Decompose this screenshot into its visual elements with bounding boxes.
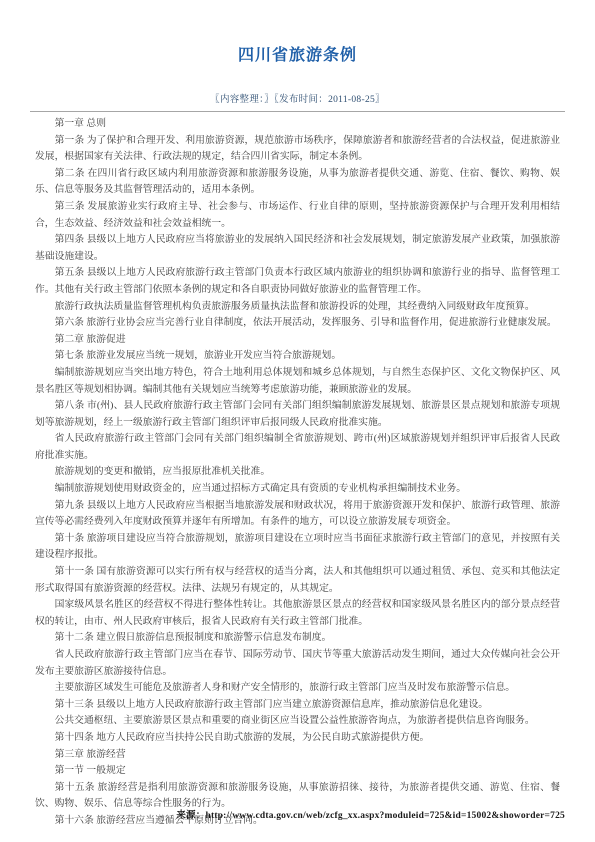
meta-content-editor: 〖内容整理：〗 <box>210 95 274 105</box>
paragraph: 旅游行政执法质量监督管理机构负责旅游服务质量执法监督和旅游投诉的处理，其经费纳入… <box>35 299 560 316</box>
source-url: http://www.cdta.gov.cn/web/zcfg_xx.aspx?… <box>205 811 565 821</box>
paragraph: 第四条 县级以上地方人民政府应当将旅游业的发展纳入国民经济和社会发展规划，制定旅… <box>35 232 560 265</box>
paragraph: 第三章 旅游经营 <box>35 747 560 764</box>
meta-line: 〖内容整理：〗〖发布时间：2011-08-25〗 <box>0 91 595 105</box>
paragraph: 第二章 旅游促进 <box>35 332 560 349</box>
paragraph: 公共交通枢纽、主要旅游景区景点和重要的商业街区应当设置公益性旅游咨询点，为旅游者… <box>35 713 560 730</box>
source-line: 来源：http://www.cdta.gov.cn/web/zcfg_xx.as… <box>176 807 565 821</box>
meta-publish-date: 〖发布时间：2011-08-25〗 <box>274 95 385 105</box>
paragraph: 国家级风景名胜区的经营权不得进行整体性转让。其他旅游景区景点的经营权和国家级风景… <box>35 597 560 630</box>
paragraph: 编制旅游规划使用财政资金的，应当通过招标方式确定具有资质的专业机构承担编制技术业… <box>35 481 560 498</box>
paragraph: 主要旅游区域发生可能危及旅游者人身和财产安全情形的，旅游行政主管部门应当及时发布… <box>35 680 560 697</box>
paragraph: 编制旅游规划应当突出地方特色，符合土地利用总体规划和城乡总体规划，与自然生态保护… <box>35 365 560 398</box>
paragraph: 第一条 为了保护和合理开发、利用旅游资源，规范旅游市场秩序，保障旅游者和旅游经营… <box>35 133 560 166</box>
paragraph: 省人民政府旅游行政主管部门会同有关部门组织编制全省旅游规划、跨市(州)区域旅游规… <box>35 431 560 464</box>
paragraph: 第十三条 县级以上地方人民政府旅游行政主管部门应当建立旅游资源信息库，推动旅游信… <box>35 697 560 714</box>
paragraph: 第一节 一般规定 <box>35 763 560 780</box>
paragraph: 第七条 旅游业发展应当统一规划，旅游业开发应当符合旅游规划。 <box>35 348 560 365</box>
paragraph: 第十四条 地方人民政府应当扶持公民自助式旅游的发展，为公民自助式旅游提供方便。 <box>35 730 560 747</box>
paragraph: 第十二条 建立假日旅游信息预报制度和旅游警示信息发布制度。 <box>35 630 560 647</box>
paragraph: 省人民政府旅游行政主管部门应当在春节、国际劳动节、国庆节等重大旅游活动发生期间，… <box>35 647 560 680</box>
paragraph: 第八条 市(州)、县人民政府旅游行政主管部门会同有关部门组织编制旅游发展规划、旅… <box>35 398 560 431</box>
paragraph: 第五条 县级以上地方人民政府旅游行政主管部门负责本行政区域内旅游业的组织协调和旅… <box>35 265 560 298</box>
paragraph: 第十条 旅游项目建设应当符合旅游规划，旅游项目建设在立项时应当书面征求旅游行政主… <box>35 531 560 564</box>
document-page: 四川省旅游条例 〖内容整理：〗〖发布时间：2011-08-25〗 第一章 总则 … <box>0 0 595 842</box>
paragraph: 第一章 总则 <box>35 116 560 133</box>
paragraph: 第九条 县级以上地方人民政府应当根据当地旅游发展和财政状况，将用于旅游资源开发和… <box>35 498 560 531</box>
document-title: 四川省旅游条例 <box>0 0 595 65</box>
paragraph: 第六条 旅游行业协会应当完善行业自律制度，依法开展活动，发挥服务、引导和监督作用… <box>35 315 560 332</box>
header-divider <box>30 111 565 112</box>
paragraph: 第十一条 国有旅游资源可以实行所有权与经营权的适当分离，法人和其他组织可以通过租… <box>35 564 560 597</box>
source-label: 来源： <box>176 811 205 821</box>
paragraph: 第二条 在四川省行政区域内利用旅游资源和旅游服务设施，从事为旅游者提供交通、游览… <box>35 166 560 199</box>
paragraph: 第三条 发展旅游业实行政府主导、社会参与、市场运作、行业自律的原则，坚持旅游资源… <box>35 199 560 232</box>
paragraph: 旅游规划的变更和撤销，应当报原批准机关批准。 <box>35 464 560 481</box>
document-body: 第一章 总则 第一条 为了保护和合理开发、利用旅游资源，规范旅游市场秩序，保障旅… <box>0 116 595 830</box>
